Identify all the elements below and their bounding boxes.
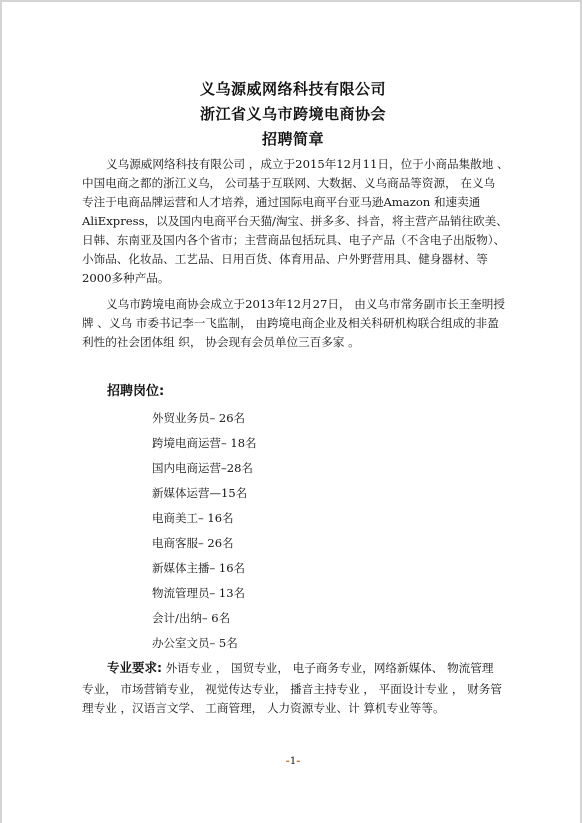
paragraph-line: 小饰品、化妆品、工艺品、日用百货、体育用品、户外野营用具、健身器材、等 (82, 250, 488, 269)
paragraph-line: 义乌源威网络科技有限公司 ，成立于2015年12月11日，位于小商品集散地 、 (106, 155, 509, 174)
positions-heading: 招聘岗位: (107, 380, 164, 399)
position-item: 会计/出纳– 6名 (152, 610, 230, 626)
position-item: 国内电商运营–28名 (152, 460, 253, 476)
position-item: 跨境电商运营– 18名 (152, 435, 257, 451)
requirements-line: 理专业 ，汉语言文学、 工商管理， 人力资源专业、计 算机专业等等。 (82, 699, 445, 718)
association-title: 浙江省义乌市跨境电商协会 (2, 103, 582, 124)
position-item: 电商客服– 26名 (152, 535, 234, 551)
position-item: 新媒体主播– 16名 (152, 560, 245, 576)
recruitment-title: 招聘简章 (2, 128, 582, 149)
company-title: 义乌源威网络科技有限公司 (2, 78, 582, 99)
requirements-label: 专业要求: (107, 660, 162, 675)
paragraph-line: 牌 、义乌 市委书记李一飞监制， 由跨境电商企业及相关科研机构联合组成的非盈 (82, 314, 499, 333)
paragraph-line: 日韩、东南亚及国内各个省市；主营商品包括玩具、电子产品（不含电子出版物）、 (82, 231, 505, 250)
requirements-text: 外语专业 ， 国贸专业， 电子商务专业，网络新媒体、 物流管理 (162, 661, 493, 675)
position-item: 物流管理员– 13名 (152, 585, 245, 601)
position-item: 电商美工– 16名 (152, 510, 234, 526)
document-page: 义乌源威网络科技有限公司 浙江省义乌市跨境电商协会 招聘简章 义乌源威网络科技有… (0, 0, 582, 823)
page-number-dash-icon: - (296, 756, 300, 767)
requirements-line: 专业， 市场营销专业， 视觉传达专业， 播音主持专业 ， 平面设计专业 ， 财务… (82, 680, 502, 699)
position-item: 办公室文员– 5名 (152, 635, 238, 651)
paragraph-line: 2000多种产品。 (82, 269, 169, 288)
paragraph-line: 义乌市跨境电商协会成立于2013年12月27日， 由义乌市常务副市长王奎明授 (106, 295, 505, 314)
paragraph-line: AliExpress，以及国内电商平台天猫/淘宝、拼多多、抖音，将主营产品销往欧… (82, 212, 508, 231)
position-item: 新媒体运营—15名 (152, 485, 247, 501)
paragraph-line: 利性的社会团体组 织， 协会现有会员单位三百多家 。 (82, 333, 360, 352)
requirements-line: 专业要求: 外语专业 ， 国贸专业， 电子商务专业，网络新媒体、 物流管理 (107, 658, 493, 678)
paragraph-line: 专注于电商品牌运营和人才培养，通过国际电商平台亚马逊Amazon 和速卖通 (82, 193, 480, 212)
paragraph-line: 中国电商之都的浙江义乌， 公司基于互联网、大数据、义乌商品等资源， 在义乌 (82, 174, 495, 193)
page-number: -1- (2, 756, 582, 767)
position-item: 外贸业务员– 26名 (152, 410, 245, 426)
